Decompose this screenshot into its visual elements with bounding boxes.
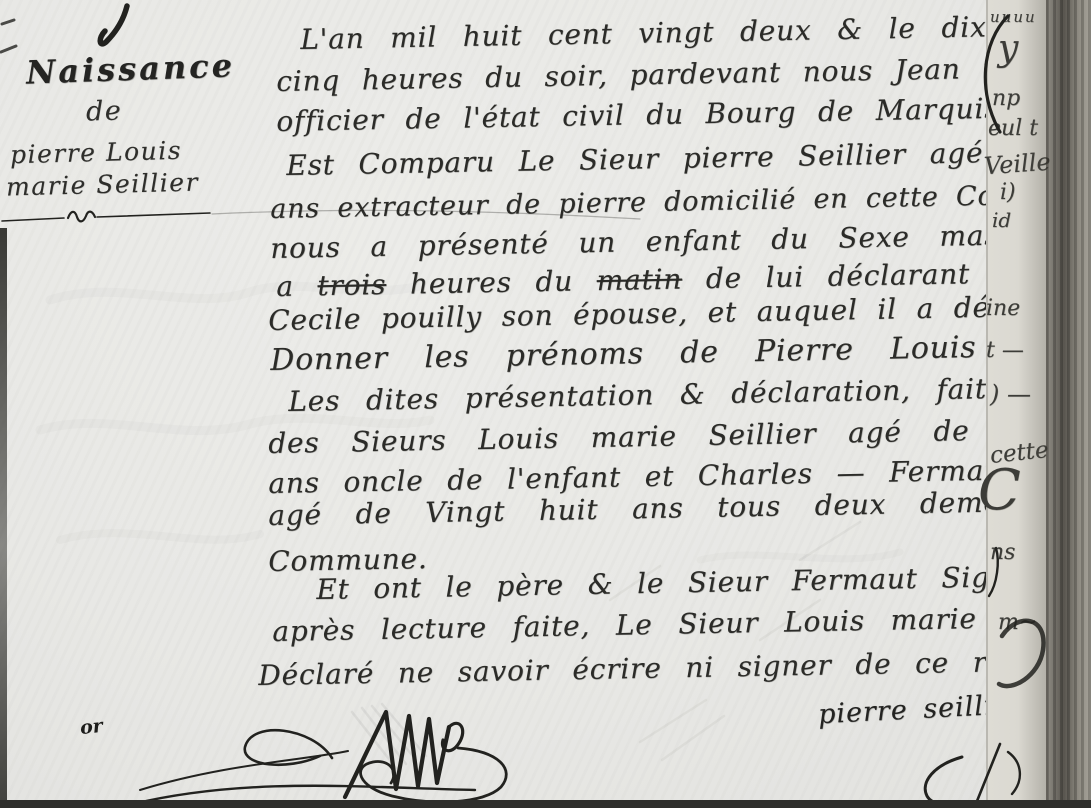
manuscript-line: après lecture faite, Le Sieur Louis mari… (272, 602, 1040, 648)
struck-word: trois (317, 268, 386, 302)
margin-name-line-2: marie Seillier (6, 167, 200, 201)
gutter-text-fragment: id (992, 208, 1011, 232)
gutter-text-fragment: np (992, 86, 1020, 111)
margin-bottom-mark: or (79, 715, 104, 739)
manuscript-line: ans extracteur de pierre domicilié en ce… (270, 179, 1091, 225)
margin-name-line-1: pierre Louis (10, 136, 183, 169)
manuscript-line: Déclaré ne savoir écrire ni signer de ce… (258, 646, 1005, 692)
margin-record-title: Naissance (25, 46, 235, 91)
scan-edge-bottom (0, 800, 1091, 808)
manuscript-line: officier de l'état civil du Bourg de Mar… (276, 92, 1027, 138)
manuscript-line: des Sieurs Louis marie Seillier agé de V… (268, 414, 1051, 461)
margin-preposition: de (86, 96, 123, 128)
manuscript-line: cinq heures du soir, pardevant nous Jean… (276, 51, 1069, 98)
manuscript-line: L'an mil huit cent vingt deux & le dix (300, 11, 987, 56)
manuscript-line: Donner les prénoms de Pierre Louis mar (270, 329, 1076, 378)
gutter-text-fragment: ns (990, 540, 1015, 565)
gutter-text-fragment: y (998, 28, 1018, 69)
line-segment: a (276, 269, 318, 303)
top-margin-paraph (1, 6, 127, 52)
gutter-text-fragment: i) (1000, 180, 1016, 205)
gutter-text-fragment: ine (986, 296, 1020, 321)
gutter-text-fragment: C (978, 458, 1021, 523)
scan-edge-left (0, 228, 7, 808)
binding-shadow-soft (1018, 0, 1048, 808)
fermaut-signature-flourish (133, 712, 506, 804)
scanned-register-page: Naissance de pierre Louis marie Seillier… (0, 0, 1091, 808)
book-binding-shadow (1046, 0, 1091, 808)
manuscript-line: Est Comparu Le Sieur pierre Seillier agé… (286, 136, 1043, 182)
struck-word: matin (596, 263, 682, 298)
manuscript-line: Les dites présentation & déclaration, fa… (288, 373, 1020, 419)
line-segment: heures du (386, 264, 597, 301)
